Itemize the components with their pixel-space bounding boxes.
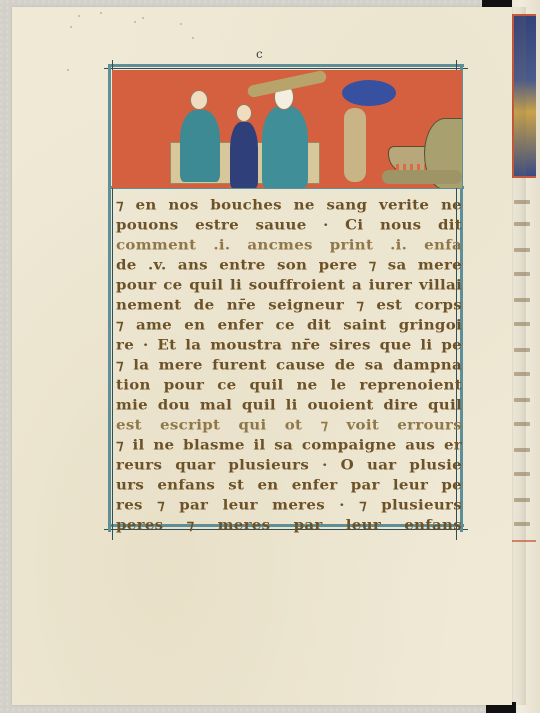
carried-soul [342, 80, 396, 106]
seated-figure-mother [262, 106, 308, 188]
gutter-shadow [512, 7, 526, 705]
child-figure [230, 122, 258, 188]
hell-jaw [382, 170, 462, 184]
demon-figure [344, 108, 366, 182]
text-line: peres ⁊ meres par leur enfans [116, 513, 462, 537]
text-block: ⁊ en nos bouches ne sang verite ne pouon… [116, 192, 462, 524]
miniature [112, 70, 462, 188]
marginal-mark: c [256, 47, 263, 61]
seated-figure-youth [180, 110, 220, 182]
